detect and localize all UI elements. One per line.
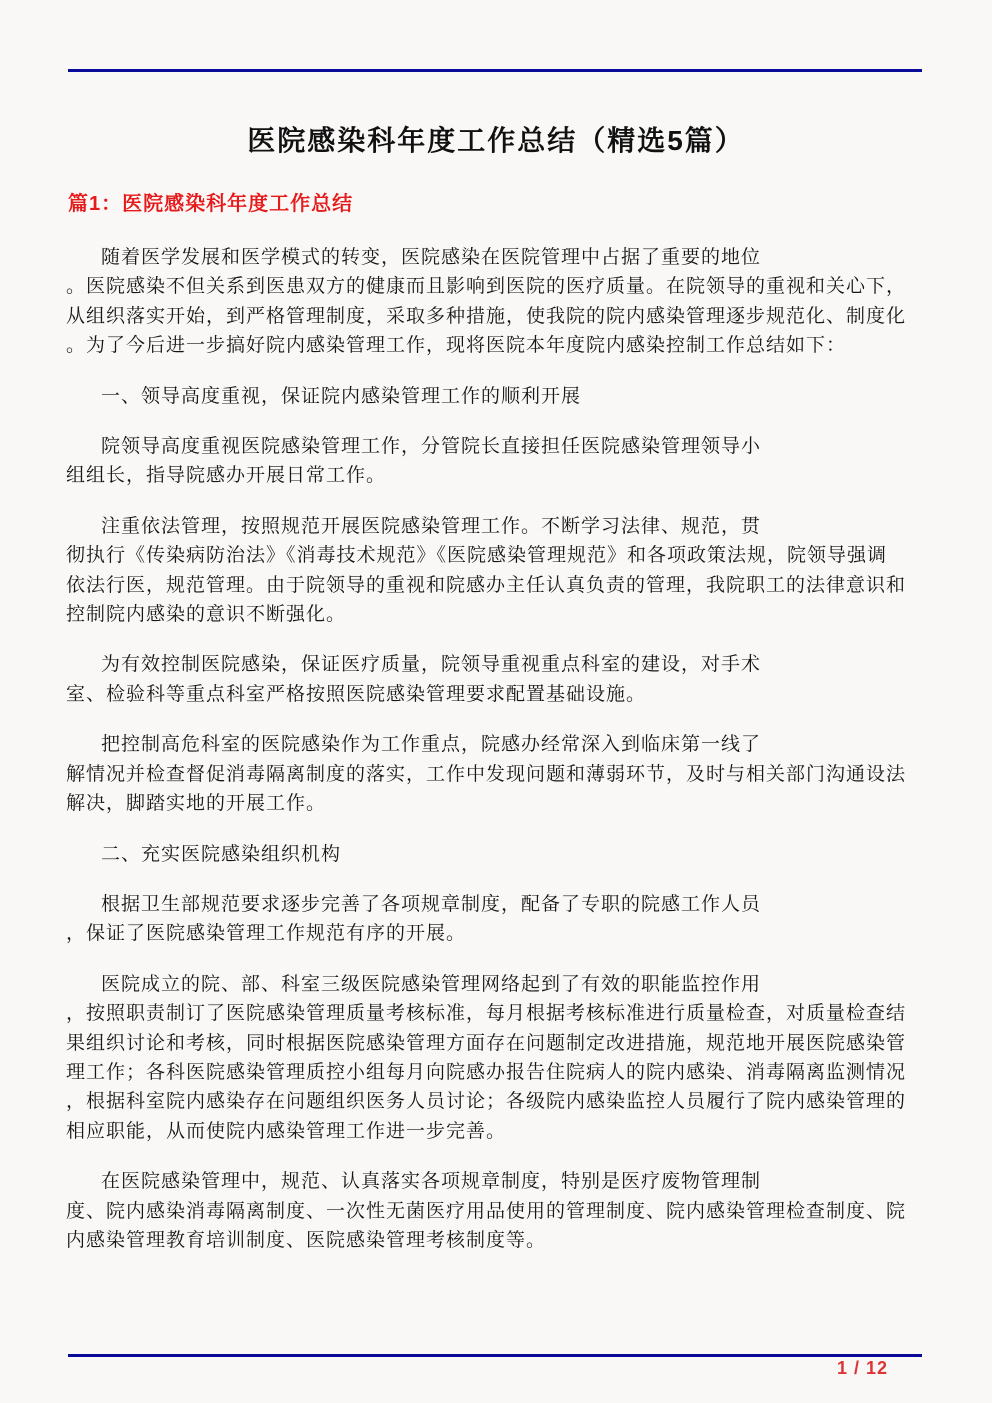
paragraph: 根据卫生部规范要求逐步完善了各项规章制度，配备了专职的院感工作人员，保证了医院感…: [66, 890, 926, 949]
document-body: 随着医学发展和医学模式的转变，医院感染在医院管理中占据了重要的地位。医院感染不但…: [66, 243, 926, 1276]
top-divider-line: [68, 69, 922, 72]
paragraph: 把控制高危科室的医院感染作为工作重点，院感办经常深入到临床第一线了解情况并检查督…: [66, 730, 926, 818]
document-page: 医院感染科年度工作总结（精选5篇） 篇1：医院感染科年度工作总结 随着医学发展和…: [0, 0, 992, 1403]
paragraph-line: 相应职能，从而使院内感染管理工作进一步完善。: [66, 1117, 926, 1146]
paragraph-line: ，按照职责制订了医院感染管理质量考核标准，每月根据考核标准进行质量检查，对质量检…: [66, 999, 926, 1028]
paragraph-line: 依法行医，规范管理。由于院领导的重视和院感办主任认真负责的管理，我院职工的法律意…: [66, 571, 926, 600]
paragraph-line: 二、充实医院感染组织机构: [66, 840, 926, 869]
paragraph-line: 彻执行《传染病防治法》《消毒技术规范》《医院感染管理规范》和各项政策法规，院领导…: [66, 541, 926, 570]
paragraph-line: 随着医学发展和医学模式的转变，医院感染在医院管理中占据了重要的地位: [66, 243, 926, 272]
paragraph-line: 解决，脚踏实地的开展工作。: [66, 789, 926, 818]
paragraph-line: 在医院感染管理中，规范、认真落实各项规章制度，特别是医疗废物管理制: [66, 1167, 926, 1196]
paragraph: 二、充实医院感染组织机构: [66, 840, 926, 869]
paragraph: 院领导高度重视医院感染管理工作，分管院长直接担任医院感染管理领导小组组长，指导院…: [66, 432, 926, 491]
paragraph-line: 一、领导高度重视，保证院内感染管理工作的顺利开展: [66, 382, 926, 411]
paragraph: 随着医学发展和医学模式的转变，医院感染在医院管理中占据了重要的地位。医院感染不但…: [66, 243, 926, 361]
paragraph-line: 注重依法管理，按照规范开展医院感染管理工作。不断学习法律、规范，贯: [66, 512, 926, 541]
paragraph-line: 解情况并检查督促消毒隔离制度的落实，工作中发现问题和薄弱环节，及时与相关部门沟通…: [66, 760, 926, 789]
paragraph-line: 。医院感染不但关系到医患双方的健康而且影响到医院的医疗质量。在院领导的重视和关心…: [66, 272, 926, 301]
paragraph: 在医院感染管理中，规范、认真落实各项规章制度，特别是医疗废物管理制度、院内感染消…: [66, 1167, 926, 1255]
paragraph-line: 院领导高度重视医院感染管理工作，分管院长直接担任医院感染管理领导小: [66, 432, 926, 461]
paragraph-line: 。为了今后进一步搞好院内感染管理工作，现将医院本年度院内感染控制工作总结如下：: [66, 331, 926, 360]
paragraph-line: 组组长，指导院感办开展日常工作。: [66, 461, 926, 490]
paragraph: 一、领导高度重视，保证院内感染管理工作的顺利开展: [66, 382, 926, 411]
paragraph: 医院成立的院、部、科室三级医院感染管理网络起到了有效的职能监控作用，按照职责制订…: [66, 970, 926, 1146]
paragraph-line: 从组织落实开始，到严格管理制度，采取多种措施，使我院的院内感染管理逐步规范化、制…: [66, 302, 926, 331]
paragraph-line: 内感染管理教育培训制度、医院感染管理考核制度等。: [66, 1226, 926, 1255]
paragraph-line: 为有效控制医院感染，保证医疗质量，院领导重视重点科室的建设，对手术: [66, 650, 926, 679]
paragraph-line: ，根据科室院内感染存在问题组织医务人员讨论；各级院内感染监控人员履行了院内感染管…: [66, 1087, 926, 1116]
page-title: 医院感染科年度工作总结（精选5篇）: [0, 123, 992, 159]
paragraph-line: 把控制高危科室的医院感染作为工作重点，院感办经常深入到临床第一线了: [66, 730, 926, 759]
paragraph: 为有效控制医院感染，保证医疗质量，院领导重视重点科室的建设，对手术室、检验科等重…: [66, 650, 926, 709]
paragraph-line: 果组织讨论和考核，同时根据医院感染管理方面存在问题制定改进措施，规范地开展医院感…: [66, 1029, 926, 1058]
paragraph-line: 室、检验科等重点科室严格按照医院感染管理要求配置基础设施。: [66, 680, 926, 709]
paragraph-line: 医院成立的院、部、科室三级医院感染管理网络起到了有效的职能监控作用: [66, 970, 926, 999]
footer-divider-line: [68, 1354, 922, 1357]
page-number: 1 / 12: [837, 1358, 888, 1379]
section1-heading: 篇1：医院感染科年度工作总结: [68, 191, 353, 217]
paragraph: 注重依法管理，按照规范开展医院感染管理工作。不断学习法律、规范，贯彻执行《传染病…: [66, 512, 926, 630]
paragraph-line: 根据卫生部规范要求逐步完善了各项规章制度，配备了专职的院感工作人员: [66, 890, 926, 919]
paragraph-line: 理工作；各科医院感染管理质控小组每月向院感办报告住院病人的院内感染、消毒隔离监测…: [66, 1058, 926, 1087]
paragraph-line: ，保证了医院感染管理工作规范有序的开展。: [66, 919, 926, 948]
paragraph-line: 度、院内感染消毒隔离制度、一次性无菌医疗用品使用的管理制度、院内感染管理检查制度…: [66, 1197, 926, 1226]
paragraph-line: 控制院内感染的意识不断强化。: [66, 600, 926, 629]
